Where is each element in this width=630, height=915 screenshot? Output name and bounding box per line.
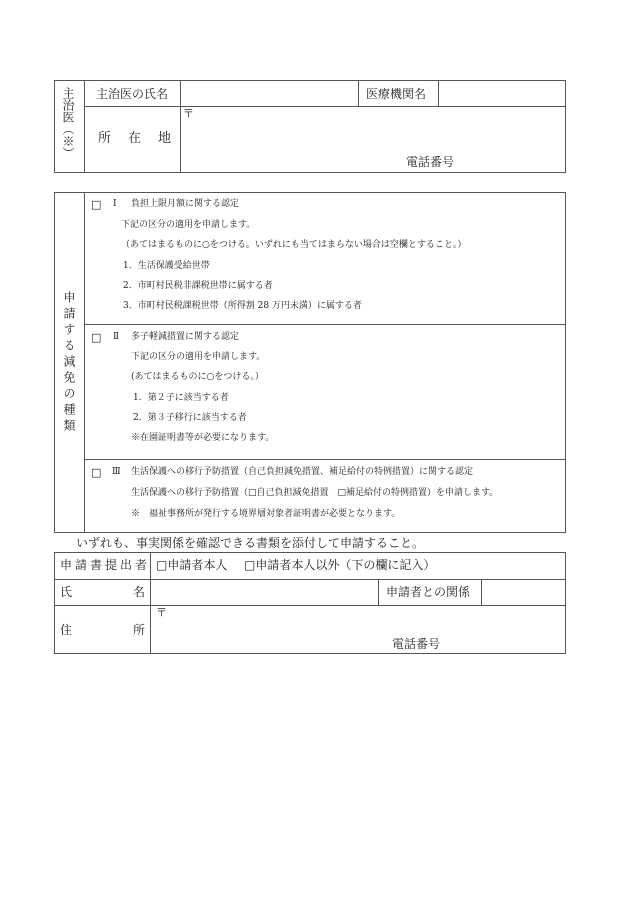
institution-label: 医療機関名 xyxy=(366,88,426,100)
reduction-side-label: 申請する減免の種類 xyxy=(63,291,75,451)
divider xyxy=(358,80,359,106)
doctor-side-label: 主治医（※） xyxy=(62,87,74,167)
section-2-line: (あてはまるものに○をつける。） xyxy=(131,373,264,382)
section-1-option[interactable]: 2．市町村民税非課税世帯に属する者 xyxy=(123,282,273,291)
section-1-numeral: Ⅰ xyxy=(113,200,117,209)
divider xyxy=(84,459,566,460)
relation-label: 申請者との関係 xyxy=(386,586,470,598)
submitter-option-self[interactable]: □申請者本人 xyxy=(156,559,227,571)
divider xyxy=(378,579,379,605)
location-field[interactable] xyxy=(181,107,565,172)
doctor-name-label: 主治医の氏名 xyxy=(96,88,168,100)
divider xyxy=(84,80,85,173)
name-label-1: 氏 xyxy=(60,586,72,598)
relation-field[interactable] xyxy=(482,580,565,604)
section-1-option[interactable]: 1．生活保護受給世帯 xyxy=(123,262,210,271)
phone-label: 電話番号 xyxy=(406,156,454,168)
submitter-name-field[interactable] xyxy=(151,580,377,604)
section-1-title: 負担上限月額に関する認定 xyxy=(131,200,239,209)
institution-field[interactable] xyxy=(439,81,565,105)
section-2-line: 下記の区分の適用を申請します。 xyxy=(131,353,265,362)
name-label-2: 名 xyxy=(133,586,145,598)
postal-mark: 〒 xyxy=(156,607,167,618)
section-1-option[interactable]: 3．市町村民税課税世帯（所得割 28 万円未満）に属する者 xyxy=(123,302,362,311)
section-1-checkbox[interactable]: □ xyxy=(91,199,101,210)
section-1-line: 下記の区分の適用を申請します。 xyxy=(121,221,255,230)
section-2-numeral: Ⅱ xyxy=(113,333,119,342)
section-2-note: ※在園証明書等が必要になります。 xyxy=(131,434,274,443)
section-3-numeral: Ⅲ xyxy=(112,468,121,477)
section-3-line[interactable]: 生活保護への移行予防措置（□自己負担減免措置 □補足給付の特例措置）を申請します… xyxy=(131,489,498,498)
section-1-line: （あてはまるものに○をつける。いずれにも当てはまらない場合は空欄とすること。） xyxy=(121,241,466,250)
location-label: 所 在 地 xyxy=(98,132,173,145)
address-label-2: 所 xyxy=(133,624,145,636)
section-3-title: 生活保護への移行予防措置（自己負担減免措置、補足給付の特例措置）に関する認定 xyxy=(131,468,473,477)
address-label-1: 住 xyxy=(60,624,72,636)
attachment-note: いずれも、事実関係を確認できる書類を添付して申請すること。 xyxy=(76,537,424,549)
submitter-label: 申請書提出者 xyxy=(60,559,150,571)
doctor-name-field[interactable] xyxy=(181,81,357,105)
section-2-title: 多子軽減措置に関する認定 xyxy=(131,333,239,342)
section-3-checkbox[interactable]: □ xyxy=(91,467,101,478)
section-2-option[interactable]: 1．第２子に該当する者 xyxy=(133,394,229,403)
divider xyxy=(84,192,85,533)
section-2-option[interactable]: 2．第３子移行に該当する者 xyxy=(133,414,247,423)
phone-label: 電話番号 xyxy=(392,638,440,650)
divider xyxy=(84,324,566,325)
section-3-note: ※ 福祉事務所が発行する境界層対象者証明書が必要となります。 xyxy=(131,510,400,519)
submitter-option-other[interactable]: □申請者本人以外（下の欄に記入） xyxy=(244,559,435,571)
section-2-checkbox[interactable]: □ xyxy=(91,332,101,343)
address-field[interactable] xyxy=(151,606,565,653)
postal-mark: 〒 xyxy=(183,108,194,119)
